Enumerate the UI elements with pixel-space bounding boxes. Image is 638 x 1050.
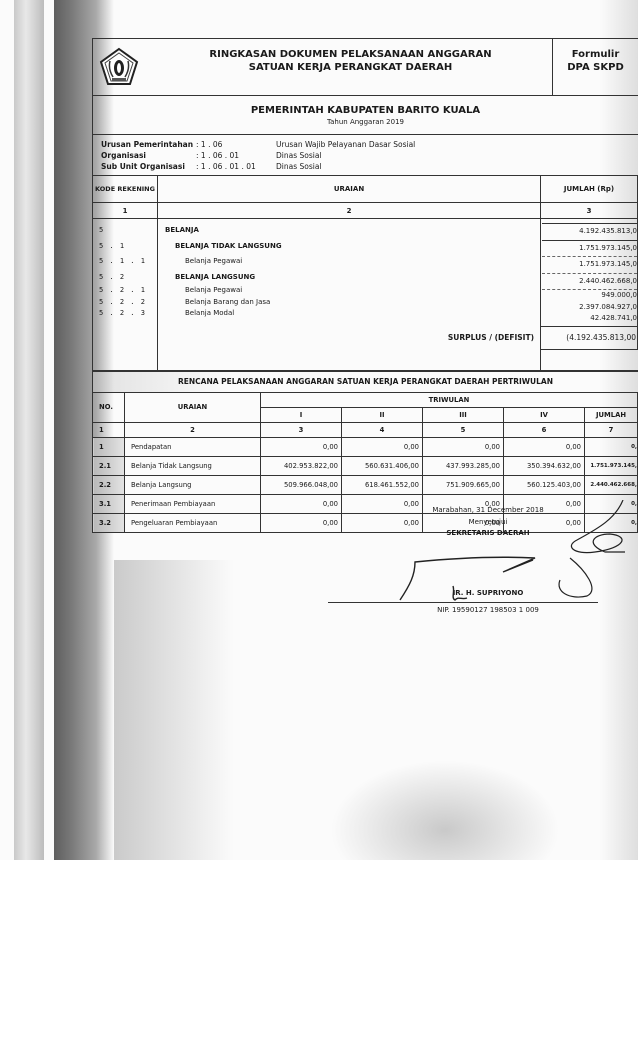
info-row: Sub Unit Organisasi : 1 . 06 . 01 . 01 D… xyxy=(101,161,638,172)
surplus-row: SURPLUS / (DEFISIT) (4.192.435.813,00 xyxy=(93,326,638,349)
column-number-row: 1 2 3 4 5 6 7 xyxy=(93,422,638,437)
handwritten-signature-icon xyxy=(395,500,638,610)
budget-summary-table: KODE REKENING URAIAN JUMLAH (Rp) 1 2 3 5… xyxy=(92,175,638,372)
column-number-row: 1 2 3 xyxy=(93,203,638,219)
document-title: RINGKASAN DOKUMEN PELAKSANAAN ANGGARAN S… xyxy=(153,48,548,74)
table-body: 5 5 . 1 5 . 1 . 1 5 . 2 5 . 2 . 1 5 . 2 … xyxy=(93,219,638,327)
government-name: PEMERINTAH KABUPATEN BARITO KUALA xyxy=(93,96,638,116)
scan-shadow xyxy=(330,760,560,860)
table-row: 2.2 Belanja Langsung 509.966.048,00 618.… xyxy=(93,475,638,494)
form-code: Formulir DPA SKPD xyxy=(552,39,638,95)
document-header: RINGKASAN DOKUMEN PELAKSANAAN ANGGARAN S… xyxy=(92,38,638,96)
table-row: 2.1 Belanja Tidak Langsung 402.953.822,0… xyxy=(93,456,638,475)
info-row: Urusan Pemerintahan : 1 . 06 Urusan Waji… xyxy=(101,139,638,150)
surplus-label: SURPLUS / (DEFISIT) xyxy=(158,326,541,349)
barito-kuala-emblem-icon xyxy=(99,47,139,87)
dpa-document: RINGKASAN DOKUMEN PELAKSANAAN ANGGARAN S… xyxy=(92,38,638,533)
table-header-row: NO. URAIAN TRIWULAN xyxy=(93,392,638,407)
info-row: Organisasi : 1 . 06 . 01 Dinas Sosial xyxy=(101,150,638,161)
surplus-amount: (4.192.435.813,00 xyxy=(541,326,638,349)
scan-shadow xyxy=(14,0,44,860)
quarterly-plan-title: RENCANA PELAKSANAAN ANGGARAN SATUAN KERJ… xyxy=(92,372,638,392)
organization-info: Urusan Pemerintahan : 1 . 06 Urusan Waji… xyxy=(92,135,638,175)
table-header-row: KODE REKENING URAIAN JUMLAH (Rp) xyxy=(93,176,638,203)
scan-shadow xyxy=(114,560,234,860)
government-block: PEMERINTAH KABUPATEN BARITO KUALA Tahun … xyxy=(92,96,638,135)
fiscal-year: Tahun Anggaran 2019 xyxy=(93,118,638,126)
table-row: 1 Pendapatan 0,00 0,00 0,00 0,00 0, xyxy=(93,437,638,456)
